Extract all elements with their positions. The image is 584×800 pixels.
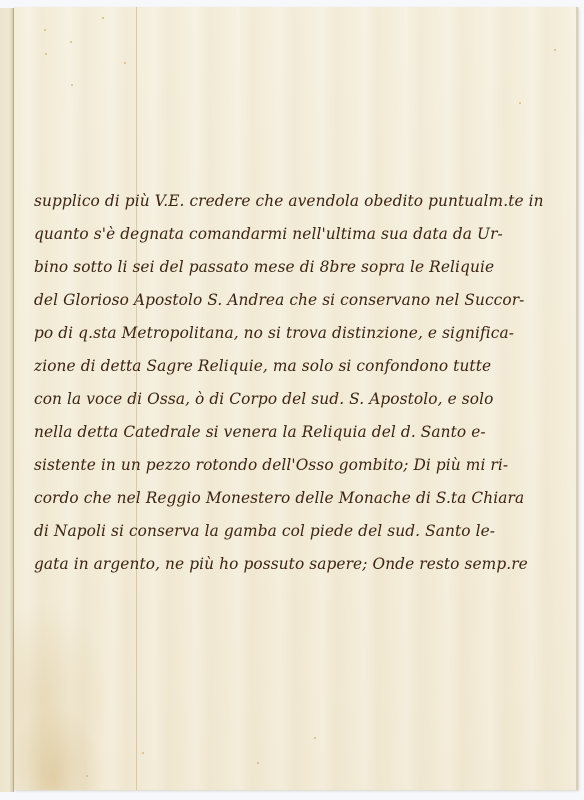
paper-speck — [142, 752, 144, 754]
paper-page: supplico di più V.E. credere che avendol… — [14, 7, 578, 790]
paper-speck — [45, 53, 47, 55]
text-line: cordo che nel Reggio Monestero delle Mon… — [34, 482, 574, 515]
text-line: nella detta Catedrale si venera la Reliq… — [34, 416, 574, 449]
letter-body: supplico di più V.E. credere che avendol… — [34, 185, 579, 581]
paper-speck — [71, 84, 73, 86]
text-line: gata in argento, ne più ho possuto saper… — [34, 548, 574, 581]
text-line: zione di detta Sagre Reliquie, ma solo s… — [34, 350, 574, 383]
paper-speck — [70, 41, 72, 43]
text-line: quanto s'è degnata comandarmi nell'ultim… — [34, 218, 574, 251]
paper-speck — [314, 737, 316, 739]
paper-speck — [124, 62, 126, 64]
text-line: del Glorioso Apostolo S. Andrea che si c… — [34, 284, 574, 317]
paper-speck — [44, 29, 46, 31]
text-line: sistente in un pezzo rotondo dell'Osso g… — [34, 449, 574, 482]
text-line: bino sotto li sei del passato mese di 8b… — [34, 251, 574, 284]
text-line: po di q.sta Metropolitana, no si trova d… — [34, 317, 574, 350]
paper-speck — [519, 102, 521, 104]
scanned-document: supplico di più V.E. credere che avendol… — [0, 0, 584, 800]
text-line: di Napoli si conserva la gamba col piede… — [34, 515, 574, 548]
text-line: supplico di più V.E. credere che avendol… — [34, 185, 574, 218]
paper-speck — [257, 762, 259, 764]
binding-strip — [0, 8, 14, 792]
paper-speck — [86, 775, 88, 777]
paper-speck — [554, 49, 556, 51]
text-line: con la voce di Ossa, ò di Corpo del sud.… — [34, 383, 574, 416]
paper-speck — [102, 17, 104, 19]
